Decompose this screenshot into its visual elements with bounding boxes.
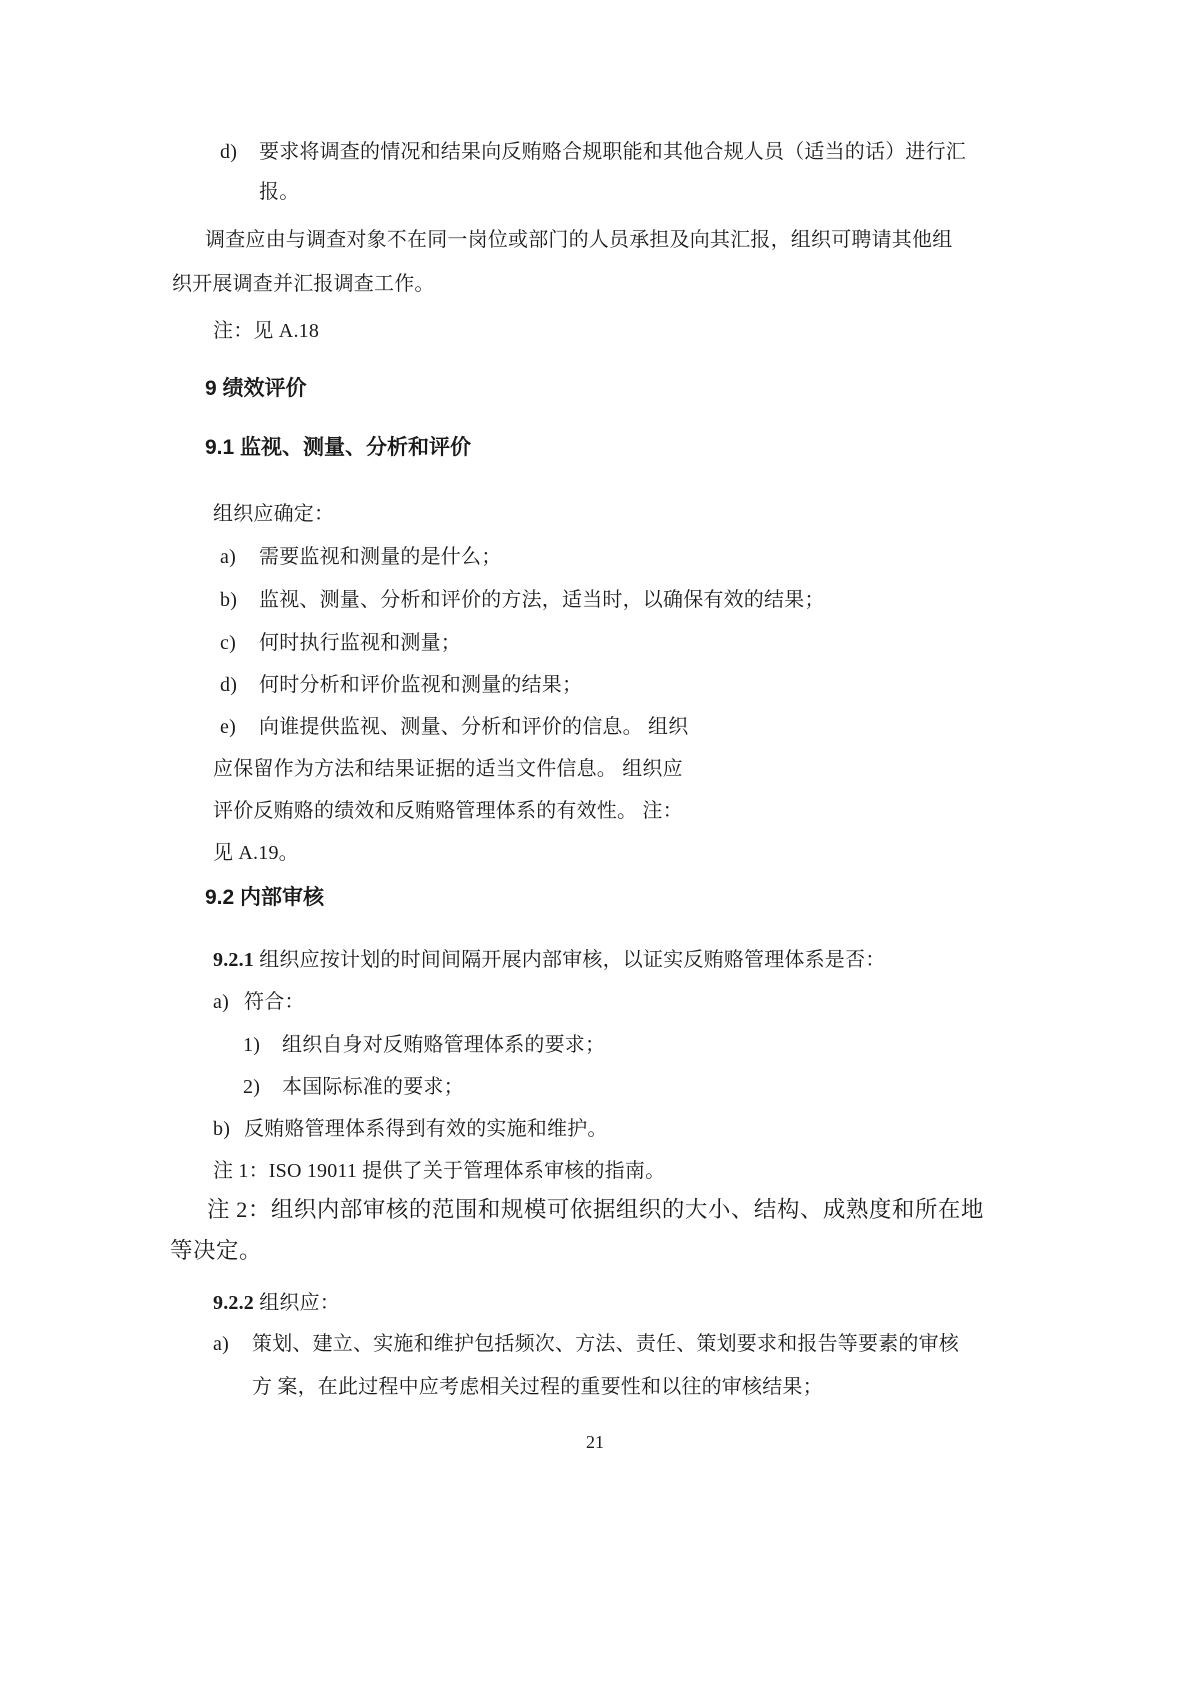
- list-item-text: 何时执行监视和测量；: [259, 631, 461, 655]
- clause-number: 9.2.1: [213, 949, 254, 971]
- paragraph-line: 调查应由与调查对象不在同一岗位或部门的人员承担及向其汇报，组织可聘请其他组: [205, 228, 952, 252]
- clause-paragraph: 9.2.1 组织应按计划的时间间隔开展内部审核，以证实反贿赂管理体系是否：: [213, 948, 885, 972]
- list-item-text: 策划、建立、实施和维护包括频次、方法、责任、策划要求和报告等要素的审核: [252, 1332, 959, 1356]
- list-item-text-continued: 方 案，在此过程中应考虑相关过程的重要性和以往的审核结果；: [252, 1375, 823, 1399]
- sub-list-item-text: 本国际标准的要求；: [282, 1075, 464, 1099]
- list-marker: d): [220, 140, 237, 164]
- sub-list-marker: 2): [243, 1075, 260, 1099]
- section-heading: 9 绩效评价: [205, 377, 307, 401]
- document-page: d) 要求将调查的情况和结果向反贿赂合规职能和其他合规人员（适当的话）进行汇 报…: [0, 0, 1190, 1684]
- sub-list-item-text: 组织自身对反贿赂管理体系的要求；: [282, 1033, 605, 1057]
- clause-text: 组织应按计划的时间间隔开展内部审核，以证实反贿赂管理体系是否：: [254, 949, 885, 971]
- list-item-text: 符合：: [244, 990, 305, 1014]
- note-text-continued: 等决定。: [170, 1239, 262, 1263]
- list-marker: a): [220, 545, 236, 569]
- subsection-heading: 9.2 内部审核: [205, 886, 324, 910]
- list-marker: e): [220, 715, 236, 739]
- sub-list-marker: 1): [243, 1033, 260, 1057]
- list-item-text: 何时分析和评价监视和测量的结果；: [259, 673, 582, 697]
- clause-paragraph: 9.2.2 组织应：: [213, 1291, 340, 1315]
- note-text: 注 2：组织内部审核的范围和规模可依据组织的大小、结构、成熟度和所在地: [207, 1198, 984, 1222]
- note-text: 见 A.19。: [213, 841, 299, 865]
- list-marker: c): [220, 631, 236, 655]
- paragraph-line: 应保留作为方法和结果证据的适当文件信息。 组织应: [213, 757, 683, 781]
- note-text: 注：见 A.18: [213, 319, 319, 343]
- list-item-text: 反贿赂管理体系得到有效的实施和维护。: [244, 1117, 608, 1141]
- list-marker: d): [220, 673, 237, 697]
- list-item-text: 需要监视和测量的是什么；: [259, 545, 501, 569]
- paragraph-line: 评价反贿赂的绩效和反贿赂管理体系的有效性。 注：: [213, 799, 683, 823]
- page-number: 21: [0, 1432, 1190, 1453]
- note-text: 注 1：ISO 19011 提供了关于管理体系审核的指南。: [213, 1159, 665, 1183]
- list-item-text: 要求将调查的情况和结果向反贿赂合规职能和其他合规人员（适当的话）进行汇: [259, 140, 966, 164]
- list-item-text-continued: 报。: [259, 180, 299, 204]
- list-item-text: 向谁提供监视、测量、分析和评价的信息。 组织: [259, 715, 688, 739]
- list-marker: b): [220, 588, 237, 612]
- list-marker: a): [213, 1332, 229, 1356]
- subsection-heading: 9.1 监视、测量、分析和评价: [205, 436, 471, 460]
- list-item-text: 监视、测量、分析和评价的方法，适当时，以确保有效的结果；: [259, 588, 825, 612]
- paragraph-line: 织开展调查并汇报调查工作。: [172, 272, 435, 296]
- clause-number: 9.2.2: [213, 1292, 254, 1314]
- list-marker: b): [213, 1117, 230, 1141]
- paragraph-line: 组织应确定：: [213, 502, 334, 526]
- list-marker: a): [213, 990, 229, 1014]
- clause-text: 组织应：: [254, 1292, 340, 1314]
